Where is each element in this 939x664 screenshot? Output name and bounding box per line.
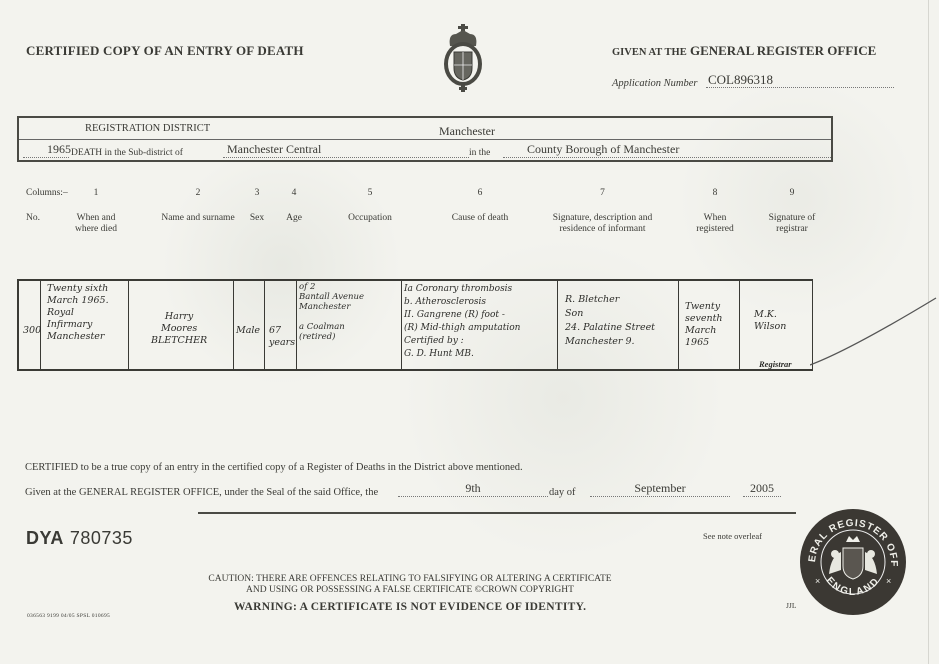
caution-line-2: AND USING OR POSSESSING A FALSE CERTIFIC… <box>190 585 630 596</box>
document-title: CERTIFIED COPY OF AN ENTRY OF DEATH <box>26 43 304 59</box>
handwritten-line: March 1965. <box>47 295 109 307</box>
column-divider <box>557 281 558 369</box>
handwritten-line: years <box>269 337 295 349</box>
handwritten-line: Infirmary <box>47 319 109 331</box>
handwritten-line: March <box>685 325 723 337</box>
certificate-serial-number: DYA780735 <box>26 528 133 549</box>
columns-label: Columns:– <box>26 188 68 198</box>
handwritten-line: Royal <box>47 307 109 319</box>
given-at-statement: Given at the GENERAL REGISTER OFFICE, un… <box>25 487 378 498</box>
age-value: 67years <box>269 325 295 349</box>
svg-text:×: × <box>886 576 891 586</box>
column-divider <box>401 281 402 369</box>
cause-of-death: Ia Coronary thrombosisb. Atherosclerosis… <box>404 283 520 361</box>
column-number: 7 <box>545 188 660 198</box>
column-number: 4 <box>282 188 306 198</box>
column-heading: Signature, description andresidence of i… <box>545 213 660 235</box>
clerk-initials: JJL <box>786 601 796 610</box>
death-entry-table: 300 Twenty sixthMarch 1965.RoyalInfirmar… <box>17 279 813 371</box>
application-number-label: Application Number <box>612 78 697 89</box>
registration-district-value: Manchester <box>439 124 495 139</box>
death-subdistrict-label: DEATH in the Sub-district of <box>71 148 183 158</box>
district-row: REGISTRATION DISTRICT Manchester <box>19 118 831 140</box>
handwritten-line: 1965 <box>685 337 723 349</box>
handwritten-line: Certified by : <box>404 335 520 348</box>
subdistrict-field: Manchester Central <box>223 142 469 158</box>
column-heading: Whenregistered <box>690 213 740 235</box>
certificate-year-field: 2005 <box>743 481 781 497</box>
column-heading: Name and surname <box>148 213 248 224</box>
column-divider <box>264 281 265 369</box>
handwritten-line: a Coalman <box>299 322 364 332</box>
separator-line <box>198 512 796 514</box>
death-year-field: 1965 <box>23 142 69 158</box>
column-heading: Occupation <box>340 213 400 224</box>
column-divider <box>678 281 679 369</box>
handwritten-line: b. Atherosclerosis <box>404 296 520 309</box>
serial-digits: 780735 <box>70 528 133 548</box>
serial-prefix: DYA <box>26 528 64 548</box>
occupation-value: of 2Bantall AvenueManchester a Coalman(r… <box>299 282 364 342</box>
certificate-day-field: 9th <box>398 481 548 497</box>
identity-warning: WARNING: A CERTIFICATE IS NOT EVIDENCE O… <box>234 601 586 613</box>
when-where-died: Twenty sixthMarch 1965.RoyalInfirmaryMan… <box>47 283 109 343</box>
handwritten-line: 24. Palatine Street <box>565 321 655 335</box>
entry-number: 300 <box>23 325 41 337</box>
caution-line-1: CAUTION: THERE ARE OFFENCES RELATING TO … <box>190 574 630 585</box>
name-and-surname: HarryMooresBLETCHER <box>151 311 207 347</box>
handwritten-line: (retired) <box>299 332 364 342</box>
subdistrict-row: 1965 DEATH in the Sub-district of Manche… <box>19 140 831 162</box>
informant-details: R. BletcherSon24. Palatine StreetManches… <box>565 293 655 349</box>
column-number: 2 <box>148 188 248 198</box>
column-heading: Age <box>282 213 306 224</box>
general-register-office-seal-icon: GENERAL REGISTER OFFICE ENGLAND × × <box>799 508 907 616</box>
handwritten-line: seventh <box>685 313 723 325</box>
column-number: 9 <box>760 188 824 198</box>
application-number-field: COL896318 <box>706 72 894 88</box>
handwritten-line: Manchester <box>299 302 364 312</box>
column-number: 3 <box>246 188 268 198</box>
decorative-curve <box>810 290 938 370</box>
registrar-signature: M.K.Wilson <box>754 309 786 333</box>
handwritten-line <box>299 312 364 322</box>
handwritten-line: Ia Coronary thrombosis <box>404 283 520 296</box>
when-registered: TwentyseventhMarch1965 <box>685 301 723 349</box>
handwritten-line: of 2 <box>299 282 364 292</box>
handwritten-line: Twenty <box>685 301 723 313</box>
handwritten-line: Harry <box>151 311 207 323</box>
column-number: 5 <box>340 188 400 198</box>
handwritten-line: Son <box>565 307 655 321</box>
column-number: 1 <box>70 188 122 198</box>
handwritten-line: R. Bletcher <box>565 293 655 307</box>
handwritten-line: BLETCHER <box>151 335 207 347</box>
in-the-label: in the <box>469 148 490 158</box>
column-heading: No. <box>26 213 56 224</box>
registration-district-label: REGISTRATION DISTRICT <box>85 123 210 134</box>
svg-text:×: × <box>815 576 820 586</box>
registration-district-box: REGISTRATION DISTRICT Manchester 1965 DE… <box>17 116 833 162</box>
column-divider <box>128 281 129 369</box>
column-number: 6 <box>440 188 520 198</box>
handwritten-line: Manchester <box>47 331 109 343</box>
column-divider <box>296 281 297 369</box>
county-field: County Borough of Manchester <box>503 142 831 158</box>
registrar-label: Registrar <box>759 359 792 369</box>
column-divider <box>233 281 234 369</box>
handwritten-line: Manchester 9. <box>565 335 655 349</box>
column-heading: Cause of death <box>440 213 520 224</box>
certified-statement: CERTIFIED to be a true copy of an entry … <box>25 462 523 473</box>
handwritten-line: Twenty sixth <box>47 283 109 295</box>
handwritten-line: M.K. <box>754 309 786 321</box>
royal-crest-icon <box>442 22 484 98</box>
column-number: 8 <box>690 188 740 198</box>
see-note-overleaf: See note overleaf <box>703 531 762 541</box>
handwritten-line: Wilson <box>754 321 786 333</box>
handwritten-line: Moores <box>151 323 207 335</box>
day-of-label: day of <box>549 487 576 498</box>
column-heading: Sex <box>246 213 268 224</box>
column-heading: Signature ofregistrar <box>760 213 824 235</box>
certificate-month-field: September <box>590 481 730 497</box>
handwritten-line: G. D. Hunt MB. <box>404 348 520 361</box>
sex-value: Male <box>236 325 260 337</box>
given-at-heading: GIVEN AT THE GENERAL REGISTER OFFICE <box>612 43 876 59</box>
handwritten-line: 67 <box>269 325 295 337</box>
caution-notice: CAUTION: THERE ARE OFFENCES RELATING TO … <box>190 574 630 596</box>
given-at-small: GIVEN AT THE <box>612 47 687 58</box>
column-divider <box>739 281 740 369</box>
print-code: 036563 9199 04/05 SPSL 010695 <box>27 613 110 619</box>
handwritten-line: (R) Mid-thigh amputation <box>404 322 520 335</box>
given-at-office: GENERAL REGISTER OFFICE <box>690 43 876 58</box>
handwritten-line: II. Gangrene (R) foot - <box>404 309 520 322</box>
handwritten-line: Bantall Avenue <box>299 292 364 302</box>
column-heading: When andwhere died <box>70 213 122 235</box>
